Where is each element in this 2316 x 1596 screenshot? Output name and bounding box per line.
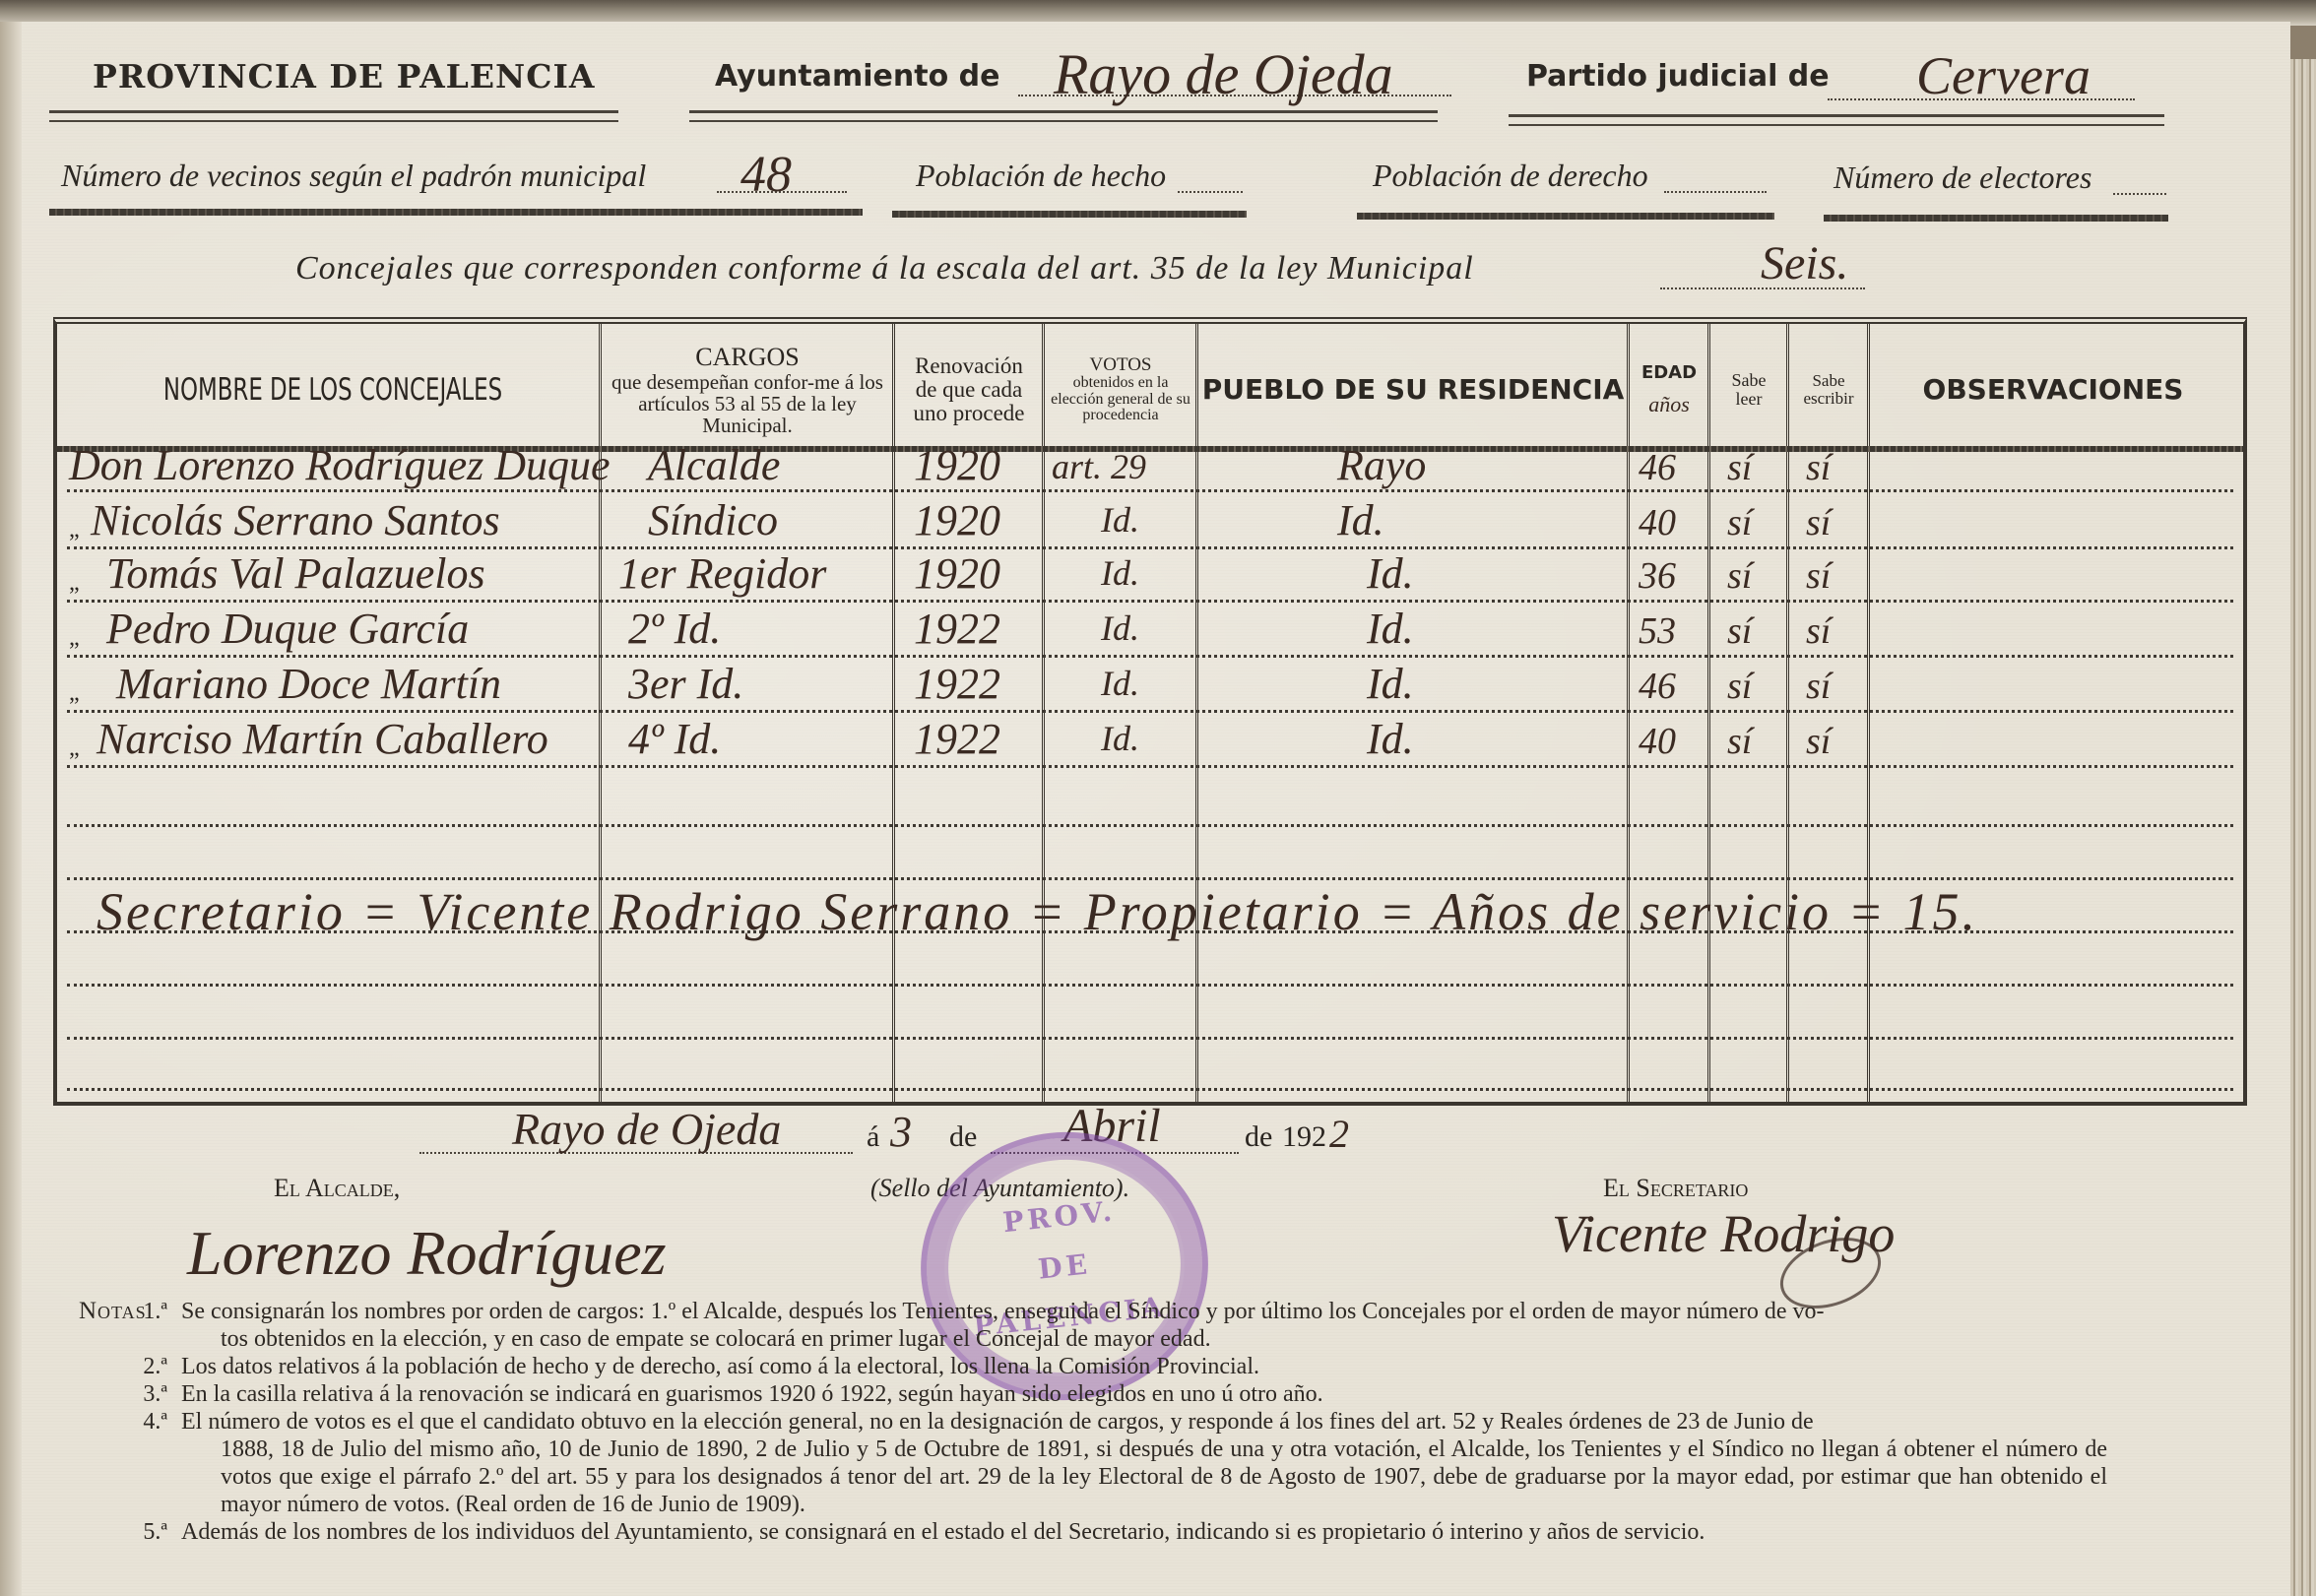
cell-votos: Id. bbox=[1101, 663, 1139, 704]
concejales-value: Seis. bbox=[1761, 236, 1848, 290]
vecinos-value: 48 bbox=[740, 146, 792, 204]
note-item-continued: tos obtenidos en la elección, y en caso … bbox=[79, 1325, 2107, 1353]
cell-votos: Id. bbox=[1101, 499, 1139, 541]
derecho-label: Población de derecho bbox=[1373, 158, 1648, 194]
partido-value: Cervera bbox=[1916, 45, 2091, 106]
cell-pueblo: Rayo bbox=[1337, 440, 1426, 490]
header-cargos: CARGOS que desempeñan confor-me á los ar… bbox=[603, 332, 892, 448]
row-line bbox=[67, 600, 2233, 603]
cell-cargo: 1er Regidor bbox=[618, 548, 826, 599]
cell-nombre: Tomás Val Palazuelos bbox=[106, 548, 485, 599]
cell-leer: sí bbox=[1727, 665, 1752, 708]
row-line bbox=[67, 1088, 2233, 1091]
row-line bbox=[67, 1037, 2233, 1040]
secretario-label: El Secretario bbox=[1603, 1174, 1748, 1203]
header-sabe-escribir: Sabe escribir bbox=[1790, 332, 1867, 448]
notes-list: 1.ª Se consignarán los nombres por orden… bbox=[79, 1298, 2107, 1546]
notes-label: Notas bbox=[79, 1298, 147, 1325]
cell-pueblo: Id. bbox=[1367, 714, 1414, 764]
census-rule-2 bbox=[892, 211, 1247, 218]
header-rule-3 bbox=[1509, 114, 2164, 126]
hecho-label: Población de hecho bbox=[916, 158, 1166, 194]
header-pueblo: PUEBLO DE SU RESIDENCIA bbox=[1199, 332, 1627, 448]
vecinos-label: Número de vecinos según el padrón munici… bbox=[61, 158, 646, 194]
ayuntamiento-label: Ayuntamiento de bbox=[715, 59, 999, 94]
header-renovacion: Renovación de que cada uno procede bbox=[896, 332, 1042, 448]
cell-escribir: sí bbox=[1806, 665, 1831, 708]
cell-leer: sí bbox=[1727, 609, 1752, 653]
cell-escribir: sí bbox=[1806, 554, 1831, 598]
cell-leer: sí bbox=[1727, 554, 1752, 598]
cell-nombre: Nicolás Serrano Santos bbox=[91, 495, 500, 545]
cell-cargo: Síndico bbox=[648, 495, 778, 545]
cell-renovacion: 1920 bbox=[914, 440, 1000, 490]
header-cargos-sub: que desempeñan confor-me á los artículos… bbox=[603, 371, 892, 436]
date-place: Rayo de Ojeda bbox=[512, 1103, 781, 1155]
cell-escribir: sí bbox=[1806, 446, 1831, 489]
row-line bbox=[67, 984, 2233, 987]
date-de-2: de bbox=[1245, 1120, 1272, 1154]
date-day: 3 bbox=[890, 1107, 912, 1157]
concejales-label: Concejales que corresponden conforme á l… bbox=[295, 250, 1474, 287]
header-votos-title: VOTOS bbox=[1090, 355, 1152, 375]
page-stack-edge bbox=[2290, 59, 2316, 1596]
note-text: En la casilla relativa á la renovación s… bbox=[181, 1380, 1323, 1408]
cell-renovacion: 1920 bbox=[914, 548, 1000, 599]
note-number: 5.ª bbox=[79, 1518, 181, 1546]
ditto-mark: „ bbox=[69, 625, 80, 652]
electores-dotted-line bbox=[2113, 193, 2166, 195]
census-rule-3 bbox=[1357, 213, 1774, 220]
header-edad-sub: años bbox=[1648, 393, 1690, 415]
cell-nombre: Pedro Duque García bbox=[106, 604, 469, 654]
cell-escribir: sí bbox=[1806, 720, 1831, 763]
cell-renovacion: 1922 bbox=[914, 604, 1000, 654]
cell-cargo: 2º Id. bbox=[628, 604, 721, 654]
cell-renovacion: 1920 bbox=[914, 495, 1000, 545]
note-item: 5.ª Además de los nombres de los individ… bbox=[79, 1518, 2107, 1546]
date-year-suffix: 2 bbox=[1329, 1111, 1349, 1157]
notes-section: Notas 1.ª Se consignarán los nombres por… bbox=[79, 1298, 2107, 1546]
cell-nombre: Narciso Martín Caballero bbox=[96, 714, 548, 764]
note-text: El número de votos es el que el candidat… bbox=[181, 1408, 1814, 1436]
ditto-mark: „ bbox=[69, 680, 80, 707]
cell-renovacion: 1922 bbox=[914, 714, 1000, 764]
cell-escribir: sí bbox=[1806, 609, 1831, 653]
header-edad-title: EDAD bbox=[1641, 364, 1697, 383]
cell-renovacion: 1922 bbox=[914, 659, 1000, 709]
cell-edad: 40 bbox=[1639, 720, 1676, 763]
header-votos-sub: obtenidos en la elección general de su p… bbox=[1046, 375, 1195, 424]
cell-cargo: Alcalde bbox=[648, 440, 780, 490]
header-rule-1 bbox=[49, 110, 618, 122]
census-rule-4 bbox=[1824, 215, 2168, 222]
note-number: 4.ª bbox=[79, 1408, 181, 1436]
note-text-cont: 1888, 18 de Julio del mismo año, 10 de J… bbox=[181, 1436, 2107, 1518]
secretario-line: Secretario = Vicente Rodrigo Serrano = P… bbox=[96, 881, 1978, 942]
note-text: Se consignarán los nombres por orden de … bbox=[181, 1298, 1824, 1325]
hecho-dotted-line bbox=[1178, 191, 1243, 193]
cell-votos: Id. bbox=[1101, 552, 1139, 594]
concejales-table: NOMBRE DE LOS CONCEJALES CARGOS que dese… bbox=[53, 317, 2247, 1106]
cell-leer: sí bbox=[1727, 446, 1752, 489]
cell-edad: 36 bbox=[1639, 554, 1676, 598]
cell-edad: 46 bbox=[1639, 665, 1676, 708]
cell-nombre: Mariano Doce Martín bbox=[116, 659, 501, 709]
row-line bbox=[67, 765, 2233, 768]
note-text: Además de los nombres de los individuos … bbox=[181, 1518, 1705, 1546]
alcalde-signature: Lorenzo Rodríguez bbox=[187, 1217, 667, 1290]
stamp-line-1: PROV. bbox=[1001, 1194, 1118, 1239]
date-year-prefix: 192 bbox=[1282, 1120, 1326, 1154]
cell-pueblo: Id. bbox=[1367, 548, 1414, 599]
header-rule-2 bbox=[689, 110, 1438, 122]
row-line bbox=[67, 710, 2233, 713]
cell-votos: art. 29 bbox=[1052, 446, 1146, 487]
note-number: 3.ª bbox=[79, 1380, 181, 1408]
cell-nombre: Don Lorenzo Rodríguez Duque bbox=[69, 440, 611, 490]
cell-votos: Id. bbox=[1101, 718, 1139, 759]
province-title: PROVINCIA DE PALENCIA bbox=[93, 57, 596, 96]
note-number: 2.ª bbox=[79, 1353, 181, 1380]
row-line bbox=[67, 877, 2233, 880]
header-observaciones: OBSERVACIONES bbox=[1871, 332, 2235, 448]
row-line bbox=[67, 655, 2233, 658]
note-text: Los datos relativos á la población de he… bbox=[181, 1353, 1259, 1380]
cell-pueblo: Id. bbox=[1367, 604, 1414, 654]
cell-edad: 40 bbox=[1639, 501, 1676, 544]
electores-label: Número de electores bbox=[1833, 160, 2091, 196]
note-item: 2.ª Los datos relativos á la población d… bbox=[79, 1353, 2107, 1380]
note-item: 3.ª En la casilla relativa á la renovaci… bbox=[79, 1380, 2107, 1408]
header-nombre: NOMBRE DE LOS CONCEJALES bbox=[115, 332, 551, 448]
cell-leer: sí bbox=[1727, 720, 1752, 763]
cell-edad: 46 bbox=[1639, 446, 1676, 489]
cell-votos: Id. bbox=[1101, 607, 1139, 649]
cell-cargo: 3er Id. bbox=[628, 659, 743, 709]
alcalde-label: El Alcalde, bbox=[274, 1174, 400, 1203]
header-sabe-leer: Sabe leer bbox=[1711, 332, 1786, 448]
date-de-1: de bbox=[949, 1120, 977, 1154]
note-item-continued: 1888, 18 de Julio del mismo año, 10 de J… bbox=[79, 1436, 2107, 1518]
partido-label: Partido judicial de bbox=[1526, 59, 1830, 94]
cell-leer: sí bbox=[1727, 501, 1752, 544]
census-rule-1 bbox=[49, 209, 863, 216]
cell-pueblo: Id. bbox=[1337, 495, 1384, 545]
cell-edad: 53 bbox=[1639, 609, 1676, 653]
stamp-line-2: DE bbox=[1037, 1247, 1093, 1285]
derecho-dotted-line bbox=[1664, 191, 1767, 193]
ditto-mark: „ bbox=[69, 735, 80, 762]
ditto-mark: „ bbox=[69, 570, 80, 597]
note-item: 4.ª El número de votos es el que el cand… bbox=[79, 1408, 2107, 1436]
header-cargos-title: CARGOS bbox=[695, 344, 799, 370]
note-item: 1.ª Se consignarán los nombres por orden… bbox=[79, 1298, 2107, 1325]
header-edad: EDAD años bbox=[1631, 332, 1707, 448]
ayuntamiento-value: Rayo de Ojeda bbox=[1054, 41, 1393, 107]
cell-escribir: sí bbox=[1806, 501, 1831, 544]
note-text-cont: tos obtenidos en la elección, y en caso … bbox=[181, 1325, 1211, 1353]
row-line bbox=[67, 824, 2233, 827]
cell-pueblo: Id. bbox=[1367, 659, 1414, 709]
ditto-mark: „ bbox=[69, 517, 80, 543]
header-votos: VOTOS obtenidos en la elección general d… bbox=[1046, 332, 1195, 448]
binding-shadow bbox=[0, 22, 22, 1596]
date-a: á bbox=[867, 1120, 879, 1154]
cell-cargo: 4º Id. bbox=[628, 714, 721, 764]
